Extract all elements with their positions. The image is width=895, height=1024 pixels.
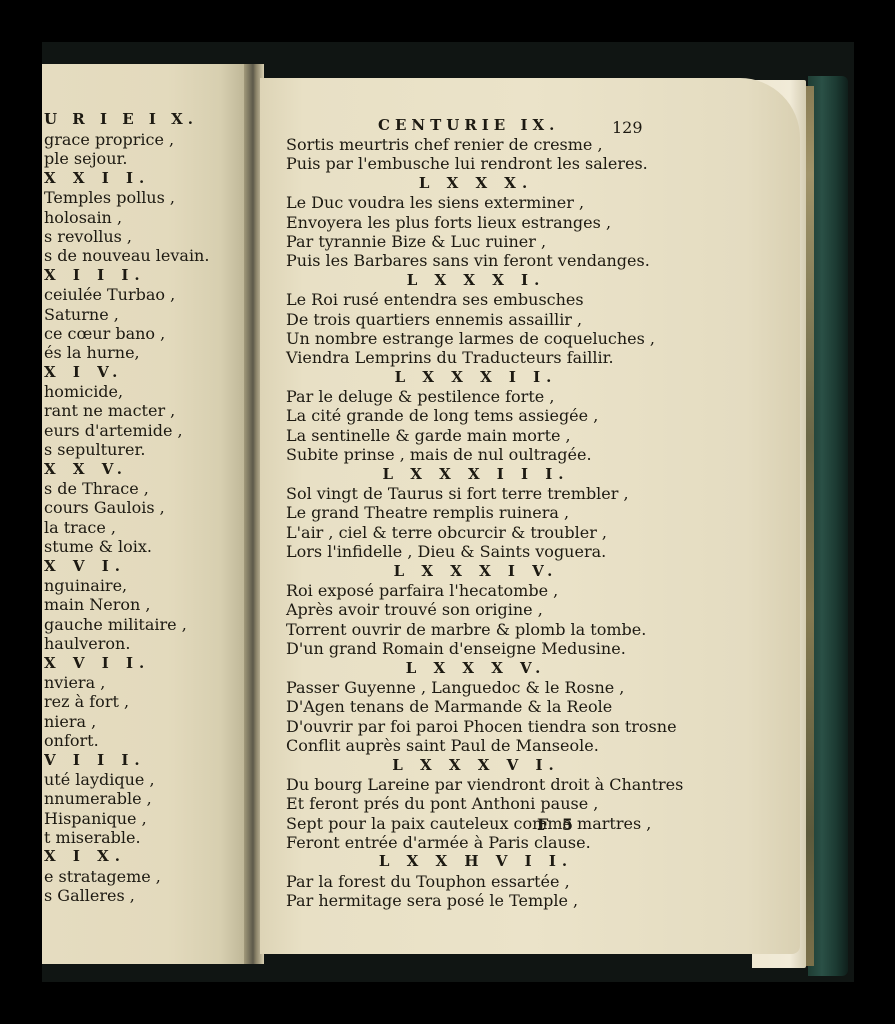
verse-line-fragment: Saturne ,	[44, 305, 254, 324]
right-page-text: Sortis meurtris chef renier de cresme ,P…	[286, 135, 666, 911]
verse-line: Puis les Barbares sans vin feront vendan…	[286, 251, 666, 270]
signature-mark: F 5	[537, 815, 577, 834]
verse-line-fragment: s sepulturer.	[44, 440, 254, 459]
verse-line-fragment: s Galleres ,	[44, 886, 254, 905]
left-running-head: U R I E I X.	[44, 110, 198, 128]
verse-line: Par tyrannie Bize & Luc ruiner ,	[286, 232, 666, 251]
verse-line: Passer Guyenne , Languedoc & le Rosne ,	[286, 678, 666, 697]
verse-line: Et feront prés du pont Anthoni pause ,	[286, 794, 666, 813]
verse-line-fragment: nnumerable ,	[44, 789, 254, 808]
verse-line: La cité grande de long tems assiegée ,	[286, 406, 666, 425]
quatrain-number: X V I.	[44, 557, 254, 576]
verse-line: Envoyera les plus forts lieux estranges …	[286, 213, 666, 232]
verse-line: D'ouvrir par foi paroi Phocen tiendra so…	[286, 717, 666, 736]
verse-line: Feront entrée d'armée à Paris clause.	[286, 833, 666, 852]
quatrain-number: X I I I.	[44, 266, 254, 285]
verse-line-fragment: main Neron ,	[44, 595, 254, 614]
left-page-text: grace proprice ,ple sejour.X X I I.Templ…	[44, 130, 254, 906]
quatrain-number: L X X X.	[286, 174, 666, 193]
verse-line-fragment: Hispanique ,	[44, 809, 254, 828]
verse-line-fragment: la trace ,	[44, 518, 254, 537]
verse-line-fragment: s de Thrace ,	[44, 479, 254, 498]
verse-line: Roi exposé parfaira l'hecatombe ,	[286, 581, 666, 600]
quatrain-number: X V I I.	[44, 654, 254, 673]
verse-line-fragment: e stratageme ,	[44, 867, 254, 886]
verse-line-fragment: niera ,	[44, 712, 254, 731]
verse-line-fragment: cours Gaulois ,	[44, 498, 254, 517]
running-head: CENTURIE IX.	[378, 116, 559, 134]
verse-line: Subite prinse , mais de nul oultragée.	[286, 445, 666, 464]
verse-line-fragment: eurs d'artemide ,	[44, 421, 254, 440]
verse-line: Torrent ouvrir de marbre & plomb la tomb…	[286, 620, 666, 639]
quatrain-number: L X X X V.	[286, 659, 666, 678]
verse-line: Viendra Lemprins du Traducteurs faillir.	[286, 348, 666, 367]
verse-line: L'air , ciel & terre obcurcir & troubler…	[286, 523, 666, 542]
quatrain-number: X I X.	[44, 847, 254, 866]
quatrain-number: X I V.	[44, 363, 254, 382]
verse-line: Le Duc voudra les siens exterminer ,	[286, 193, 666, 212]
verse-line: D'un grand Romain d'enseigne Medusine.	[286, 639, 666, 658]
verse-line: Puis par l'embusche lui rendront les sal…	[286, 154, 666, 173]
verse-line: Le Roi rusé entendra ses embusches	[286, 290, 666, 309]
quatrain-number: X X V.	[44, 460, 254, 479]
verse-line-fragment: t miserable.	[44, 828, 254, 847]
verse-line-fragment: nviera ,	[44, 673, 254, 692]
verse-line: Par hermitage sera posé le Temple ,	[286, 891, 666, 910]
verse-line: Lors l'infidelle , Dieu & Saints voguera…	[286, 542, 666, 561]
verse-line-fragment: rant ne macter ,	[44, 401, 254, 420]
verse-line-fragment: ceiulée Turbao ,	[44, 285, 254, 304]
verse-line-fragment: s de nouveau levain.	[44, 246, 254, 265]
verse-line-fragment: nguinaire,	[44, 576, 254, 595]
verse-line: La sentinelle & garde main morte ,	[286, 426, 666, 445]
verse-line-fragment: uté laydique ,	[44, 770, 254, 789]
verse-line-fragment: haulveron.	[44, 634, 254, 653]
verse-line-fragment: gauche militaire ,	[44, 615, 254, 634]
verse-line: Conflit auprès saint Paul de Manseole.	[286, 736, 666, 755]
quatrain-number: L X X H V I I.	[286, 852, 666, 871]
quatrain-number: L X X X I I.	[286, 368, 666, 387]
photo-scene: U R I E I X. grace proprice ,ple sejour.…	[0, 0, 895, 1024]
verse-line-fragment: Temples pollus ,	[44, 188, 254, 207]
verse-line: Un nombre estrange larmes de coqueluches…	[286, 329, 666, 348]
verse-line-fragment: s revollus ,	[44, 227, 254, 246]
verse-line: Du bourg Lareine par viendront droit à C…	[286, 775, 666, 794]
verse-line: Sol vingt de Taurus si fort terre trembl…	[286, 484, 666, 503]
quatrain-number: L X X X I I I.	[286, 465, 666, 484]
verse-line: De trois quartiers ennemis assaillir ,	[286, 310, 666, 329]
verse-line-fragment: homicide,	[44, 382, 254, 401]
verse-line-fragment: ce cœur bano ,	[44, 324, 254, 343]
verse-line-fragment: ple sejour.	[44, 149, 254, 168]
green-book-cover	[808, 76, 848, 976]
verse-line: Après avoir trouvé son origine ,	[286, 600, 666, 619]
verse-line-fragment: és la hurne,	[44, 343, 254, 362]
verse-line: Sept pour la paix cauteleux comme martre…	[286, 814, 666, 833]
verse-line-fragment: stume & loix.	[44, 537, 254, 556]
verse-line: Par la forest du Touphon essartée ,	[286, 872, 666, 891]
quatrain-number: L X X X V I.	[286, 756, 666, 775]
verse-line-fragment: grace proprice ,	[44, 130, 254, 149]
quatrain-number: L X X X I.	[286, 271, 666, 290]
verse-line: D'Agen tenans de Marmande & la Reole	[286, 697, 666, 716]
quatrain-number: X X I I.	[44, 169, 254, 188]
verse-line: Par le deluge & pestilence forte ,	[286, 387, 666, 406]
verse-line: Le grand Theatre remplis ruinera ,	[286, 503, 666, 522]
verse-line-fragment: holosain ,	[44, 208, 254, 227]
verse-line: Sortis meurtris chef renier de cresme ,	[286, 135, 666, 154]
verse-line-fragment: rez à fort ,	[44, 692, 254, 711]
verse-line-fragment: onfort.	[44, 731, 254, 750]
quatrain-number: L X X X I V.	[286, 562, 666, 581]
quatrain-number: V I I I.	[44, 751, 254, 770]
